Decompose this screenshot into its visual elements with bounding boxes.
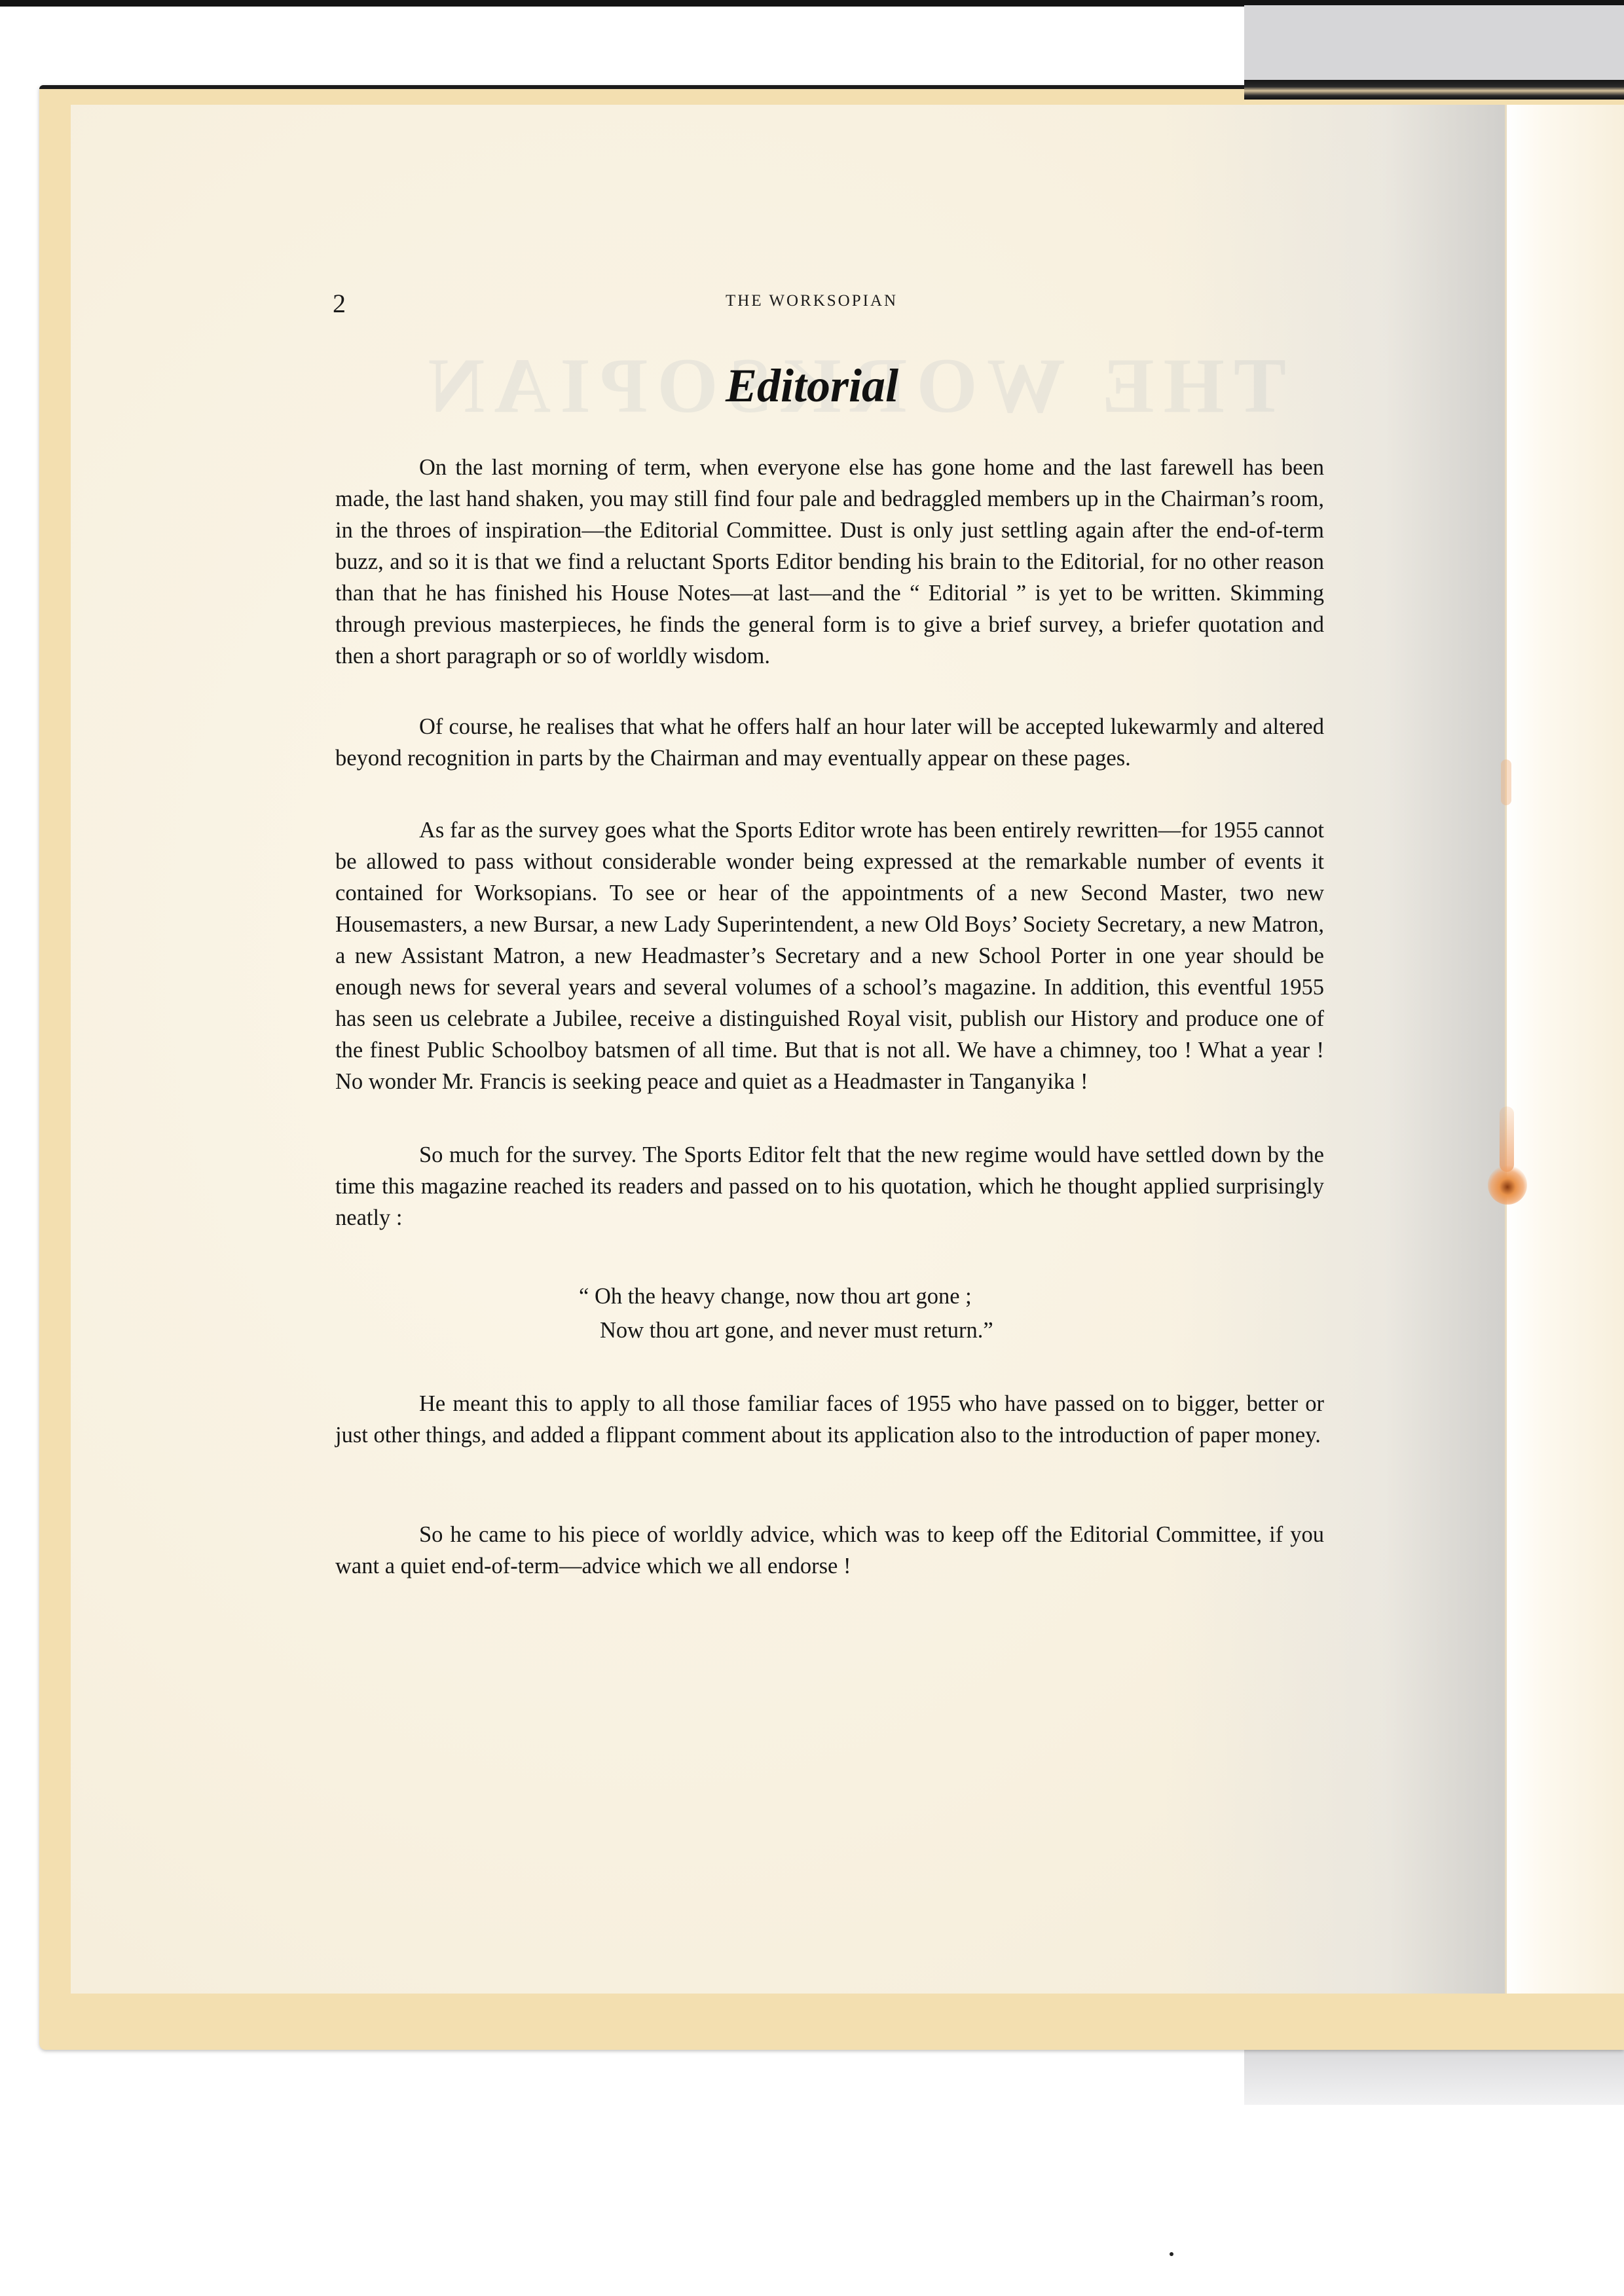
quotation-line: “ Oh the heavy change, now thou art gone… [579, 1279, 1324, 1313]
paragraph: So much for the survey. The Sports Edito… [335, 1139, 1324, 1233]
paragraph: So he came to his piece of worldly advic… [335, 1519, 1324, 1582]
scanner-background-bottom [1244, 2046, 1624, 2105]
dust-speck [1170, 2252, 1173, 2256]
paragraph: Of course, he realises that what he offe… [335, 711, 1324, 774]
article-title: Editorial [0, 359, 1624, 413]
article-body: On the last morning of term, when everyo… [335, 452, 1324, 1582]
cover-spine-shadow [1244, 80, 1624, 100]
stain-mark [1488, 1165, 1527, 1205]
quotation-line: Now thou art gone, and never must return… [579, 1313, 1324, 1347]
page-number: 2 [333, 288, 346, 319]
running-head: 2 THE WORKSOPIAN [0, 288, 1624, 314]
paragraph: As far as the survey goes what the Sport… [335, 814, 1324, 1097]
journal-title: THE WORKSOPIAN [726, 292, 898, 310]
paragraph: On the last morning of term, when everyo… [335, 452, 1324, 672]
stain-mark [1500, 1106, 1514, 1172]
quotation: “ Oh the heavy change, now thou art gone… [335, 1279, 1324, 1347]
paragraph: He meant this to apply to all those fami… [335, 1388, 1324, 1451]
stain-mark [1501, 759, 1511, 805]
scanner-background [1244, 5, 1624, 84]
